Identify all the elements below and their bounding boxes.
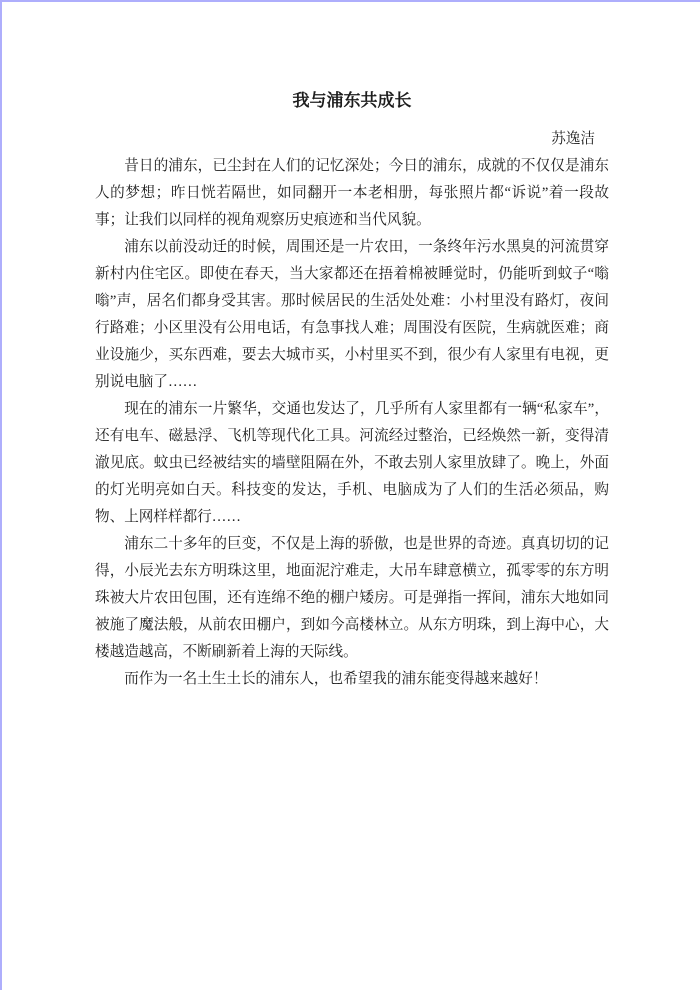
paragraph-5: 而作为一名土生土长的浦东人，也希望我的浦东能变得越来越好！ [95,666,609,693]
document-title: 我与浦东共成长 [95,88,609,114]
author-name: 苏逸洁 [95,126,595,153]
paragraph-1: 昔日的浦东，已尘封在人们的记忆深处；今日的浦东，成就的不仅仅是浦东人的梦想；昨日… [95,153,609,234]
paragraph-2: 浦东以前没动迁的时候，周围还是一片农田，一条终年污水黑臭的河流贯穿新村内住宅区。… [95,234,609,396]
paragraph-4: 浦东二十多年的巨变，不仅是上海的骄傲，也是世界的奇迹。真真切切的记得，小辰光去东… [95,531,609,666]
paragraph-3: 现在的浦东一片繁华，交通也发达了，几乎所有人家里都有一辆“私家车”，还有电车、磁… [95,396,609,531]
document-page: 我与浦东共成长 苏逸洁 昔日的浦东，已尘封在人们的记忆深处；今日的浦东，成就的不… [2,2,700,693]
